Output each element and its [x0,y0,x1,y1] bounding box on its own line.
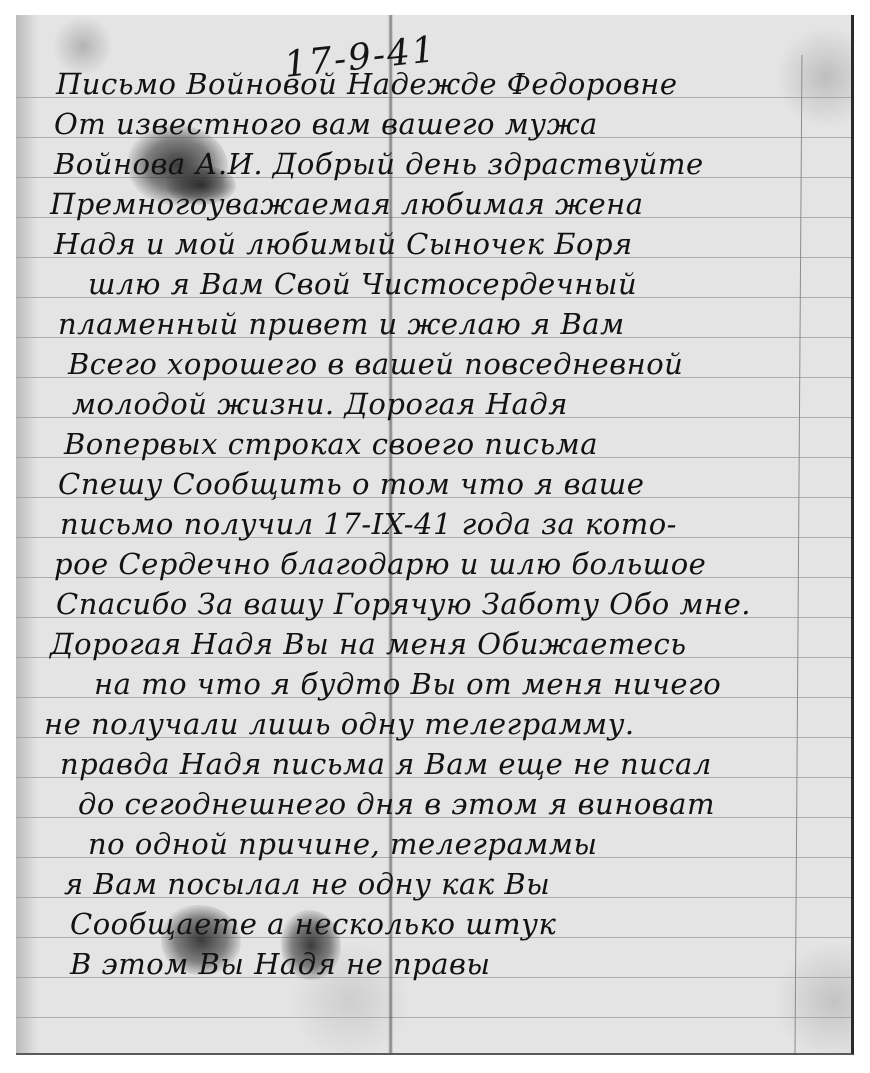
letter-line: Надя и мой любимый Сыночек Боря [54,230,633,259]
letter-line: пламенный привет и желаю я Вам [58,310,625,339]
ruled-line [16,1017,851,1018]
letter-line: Всего хорошего в вашей повседневной [68,350,683,379]
letter-line: Сообщаете а несколько штук [70,910,556,939]
letter-line: Дорогая Надя Вы на меня Обижаетесь [50,630,687,659]
letter-line: В этом Вы Надя не правы [70,950,491,979]
letter-line: не получали лишь одну телеграмму. [44,710,635,739]
letter-line: шлю я Вам Свой Чистосердечный [88,270,637,299]
letter-line: рое Сердечно благодарю и шлю большое [54,550,706,579]
letter-line: Премногоуважаемая любимая жена [50,190,644,219]
letter-line: Спешу Сообщить о том что я ваше [58,470,644,499]
letter-line: на то что я будто Вы от меня ничего [94,670,721,699]
letter-line: Спасибо За вашу Горячую Заботу Обо мне. [56,590,751,619]
letter-paper: 17-9-41 Письмо Войновой Надежде Федоровн… [16,15,854,1055]
letter-line: От известного вам вашего мужа [54,110,598,139]
margin-line [795,55,803,1053]
letter-line: до сегоднешнего дня в этом я виноват [78,790,715,819]
letter-line: Вопервых строках своего письма [64,430,598,459]
letter-line: правда Надя письма я Вам еще не писал [60,750,712,779]
letter-line: я Вам посылал не одну как Вы [64,870,550,899]
letter-line: письмо получил 17-IX-41 года за кото- [60,510,677,539]
letter-line: молодой жизни. Дорогая Надя [72,390,568,419]
letter-line: по одной причине, телеграммы [88,830,598,859]
letter-line: Письмо Войновой Надежде Федоровне [56,70,678,99]
letter-line: Войнова А.И. Добрый день здраствуйте [54,150,704,179]
